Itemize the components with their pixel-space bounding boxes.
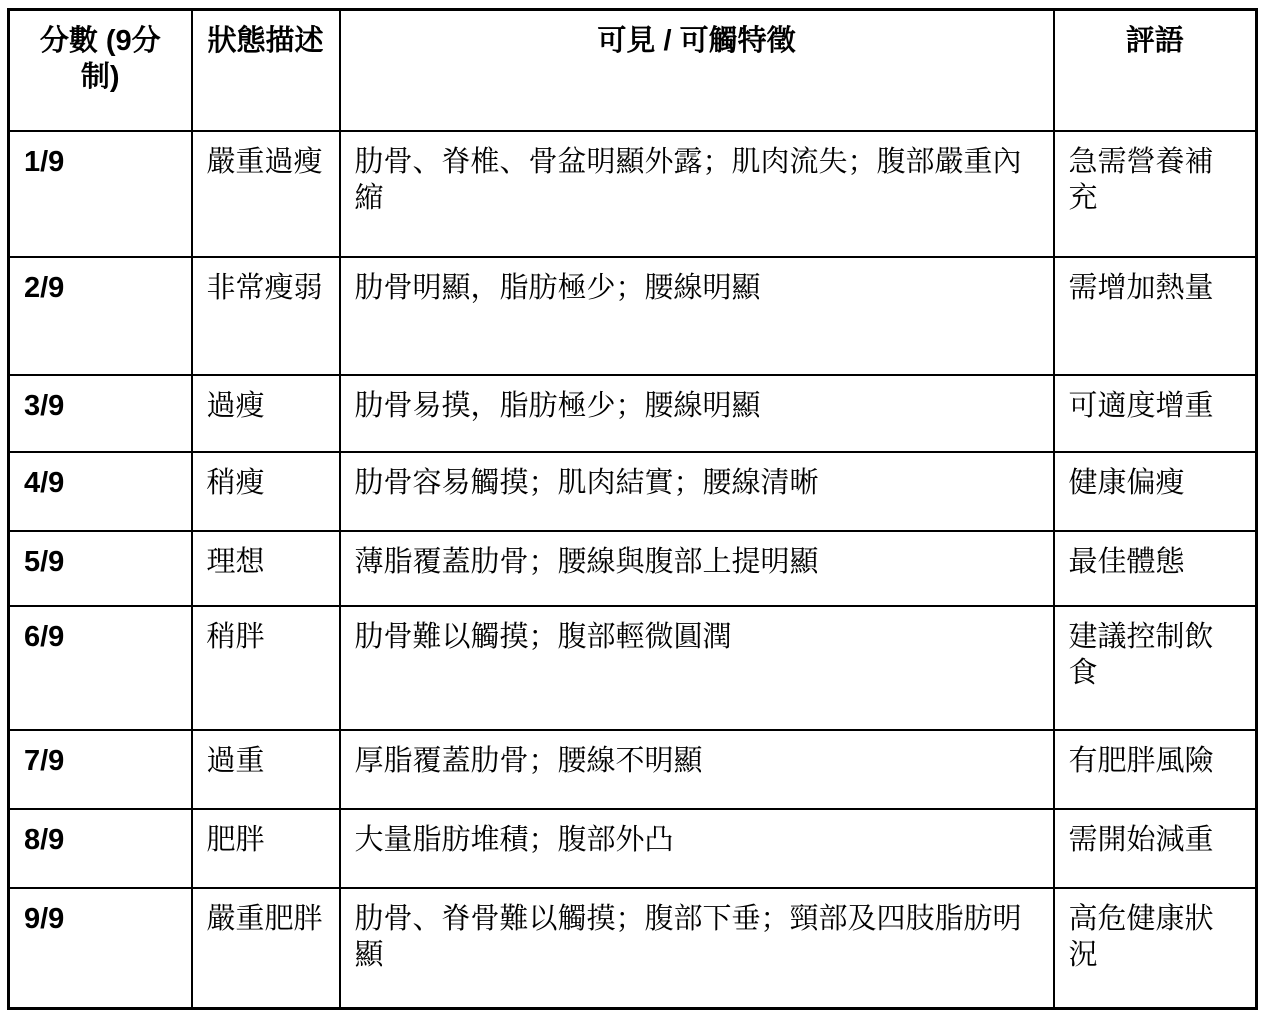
- features-cell: 肋骨容易觸摸；肌肉結實；腰線清晰: [340, 452, 1054, 531]
- comment-cell: 有肥胖風險: [1054, 730, 1257, 809]
- comment-cell: 需開始減重: [1054, 809, 1257, 888]
- table-row: 5/9 理想 薄脂覆蓋肋骨；腰線與腹部上提明顯 最佳體態: [9, 531, 1257, 606]
- score-cell: 3/9: [9, 375, 192, 452]
- comment-cell: 高危健康狀況: [1054, 888, 1257, 1009]
- status-cell: 嚴重過瘦: [192, 131, 340, 257]
- table-row: 4/9 稍瘦 肋骨容易觸摸；肌肉結實；腰線清晰 健康偏瘦: [9, 452, 1257, 531]
- features-cell: 厚脂覆蓋肋骨；腰線不明顯: [340, 730, 1054, 809]
- status-cell: 非常瘦弱: [192, 257, 340, 375]
- status-cell: 稍胖: [192, 606, 340, 730]
- comment-cell: 最佳體態: [1054, 531, 1257, 606]
- status-cell: 稍瘦: [192, 452, 340, 531]
- score-cell: 1/9: [9, 131, 192, 257]
- document-page: 分數 (9分制) 狀態描述 可見 / 可觸特徵 評語 1/9 嚴重過瘦 肋骨、脊…: [0, 0, 1264, 1020]
- comment-cell: 健康偏瘦: [1054, 452, 1257, 531]
- status-cell: 過重: [192, 730, 340, 809]
- features-cell: 肋骨、脊骨難以觸摸；腹部下垂；頸部及四肢脂肪明顯: [340, 888, 1054, 1009]
- features-cell: 薄脂覆蓋肋骨；腰線與腹部上提明顯: [340, 531, 1054, 606]
- table-row: 1/9 嚴重過瘦 肋骨、脊椎、骨盆明顯外露；肌肉流失；腹部嚴重內縮 急需營養補充: [9, 131, 1257, 257]
- body-condition-score-table: 分數 (9分制) 狀態描述 可見 / 可觸特徵 評語 1/9 嚴重過瘦 肋骨、脊…: [7, 8, 1258, 1010]
- status-cell: 嚴重肥胖: [192, 888, 340, 1009]
- score-cell: 4/9: [9, 452, 192, 531]
- status-cell: 理想: [192, 531, 340, 606]
- features-header-cell: 可見 / 可觸特徵: [340, 10, 1054, 131]
- comment-cell: 可適度增重: [1054, 375, 1257, 452]
- status-cell: 肥胖: [192, 809, 340, 888]
- table-row: 8/9 肥胖 大量脂肪堆積；腹部外凸 需開始減重: [9, 809, 1257, 888]
- comment-cell: 建議控制飲食: [1054, 606, 1257, 730]
- comment-cell: 需增加熱量: [1054, 257, 1257, 375]
- comment-header-cell: 評語: [1054, 10, 1257, 131]
- features-cell: 大量脂肪堆積；腹部外凸: [340, 809, 1054, 888]
- score-cell: 7/9: [9, 730, 192, 809]
- status-header-cell: 狀態描述: [192, 10, 340, 131]
- features-cell: 肋骨易摸，脂肪極少；腰線明顯: [340, 375, 1054, 452]
- table-row: 7/9 過重 厚脂覆蓋肋骨；腰線不明顯 有肥胖風險: [9, 730, 1257, 809]
- features-cell: 肋骨難以觸摸；腹部輕微圓潤: [340, 606, 1054, 730]
- status-cell: 過瘦: [192, 375, 340, 452]
- features-cell: 肋骨明顯，脂肪極少；腰線明顯: [340, 257, 1054, 375]
- score-cell: 5/9: [9, 531, 192, 606]
- score-cell: 6/9: [9, 606, 192, 730]
- table-row: 9/9 嚴重肥胖 肋骨、脊骨難以觸摸；腹部下垂；頸部及四肢脂肪明顯 高危健康狀況: [9, 888, 1257, 1009]
- score-cell: 9/9: [9, 888, 192, 1009]
- score-header-cell: 分數 (9分制): [9, 10, 192, 131]
- table-row: 2/9 非常瘦弱 肋骨明顯，脂肪極少；腰線明顯 需增加熱量: [9, 257, 1257, 375]
- features-cell: 肋骨、脊椎、骨盆明顯外露；肌肉流失；腹部嚴重內縮: [340, 131, 1054, 257]
- header-row: 分數 (9分制) 狀態描述 可見 / 可觸特徵 評語: [9, 10, 1257, 131]
- score-cell: 8/9: [9, 809, 192, 888]
- score-cell: 2/9: [9, 257, 192, 375]
- table-row: 6/9 稍胖 肋骨難以觸摸；腹部輕微圓潤 建議控制飲食: [9, 606, 1257, 730]
- table-row: 3/9 過瘦 肋骨易摸，脂肪極少；腰線明顯 可適度增重: [9, 375, 1257, 452]
- comment-cell: 急需營養補充: [1054, 131, 1257, 257]
